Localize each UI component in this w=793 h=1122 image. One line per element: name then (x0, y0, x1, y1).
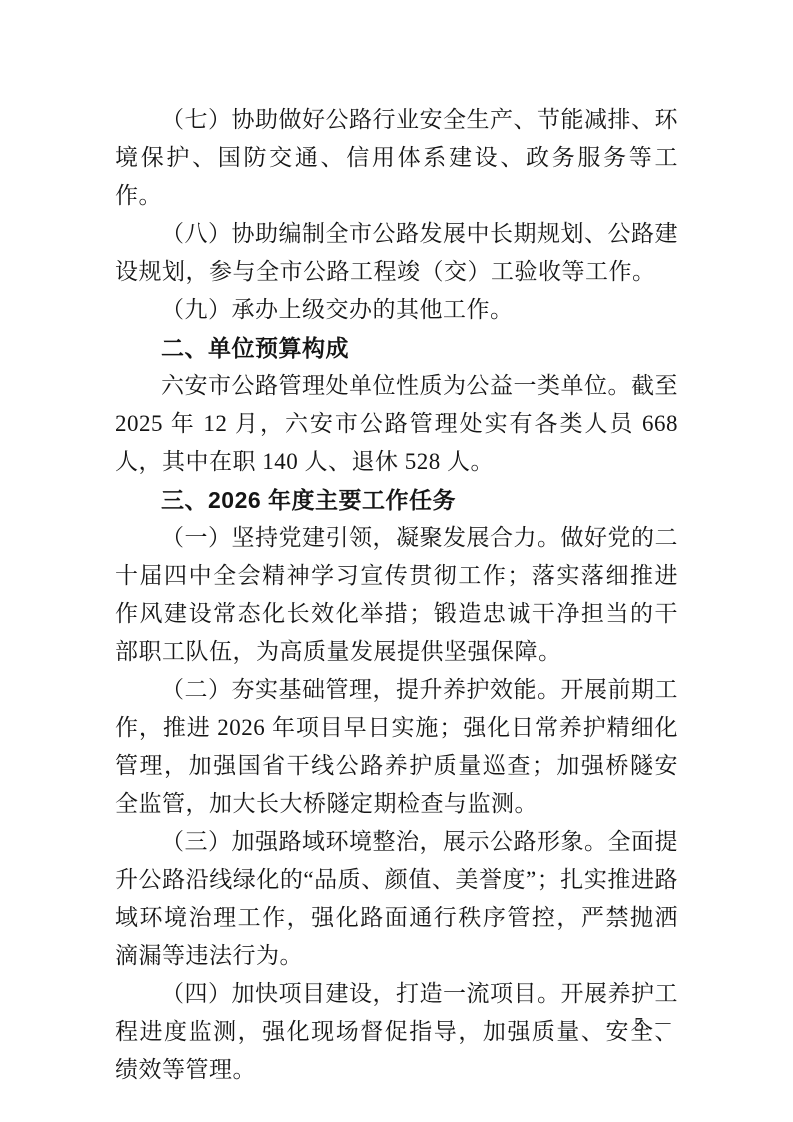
section-heading-2026-main-tasks: 三、2026 年度主要工作任务 (115, 481, 678, 519)
paragraph-item-7: （七）协助做好公路行业安全生产、节能减排、环境保护、国防交通、信用体系建设、政务… (115, 101, 678, 215)
paragraph-task-3: （三）加强路域环境整治，展示公路形象。全面提升公路沿线绿化的“品质、颜值、美誉度… (115, 823, 678, 975)
document-page: （七）协助做好公路行业安全生产、节能减排、环境保护、国防交通、信用体系建设、政务… (0, 0, 793, 1122)
page-number: － 5 － (605, 1012, 675, 1038)
paragraph-task-4: （四）加快项目建设，打造一流项目。开展养护工程进度监测，强化现场督促指导，加强质… (115, 975, 678, 1089)
paragraph-task-1: （一）坚持党建引领，凝聚发展合力。做好党的二十届四中全会精神学习宣传贯彻工作；落… (115, 519, 678, 671)
paragraph-item-9: （九）承办上级交办的其他工作。 (115, 291, 678, 329)
paragraph-item-8: （八）协助编制全市公路发展中长期规划、公路建设规划，参与全市公路工程竣（交）工验… (115, 215, 678, 291)
paragraph-unit-composition: 六安市公路管理处单位性质为公益一类单位。截至 2025 年 12 月，六安市公路… (115, 367, 678, 481)
paragraph-task-2: （二）夯实基础管理，提升养护效能。开展前期工作，推进 2026 年项目早日实施；… (115, 671, 678, 823)
section-heading-unit-budget-composition: 二、单位预算构成 (115, 329, 678, 367)
document-body: （七）协助做好公路行业安全生产、节能减排、环境保护、国防交通、信用体系建设、政务… (115, 101, 678, 1089)
